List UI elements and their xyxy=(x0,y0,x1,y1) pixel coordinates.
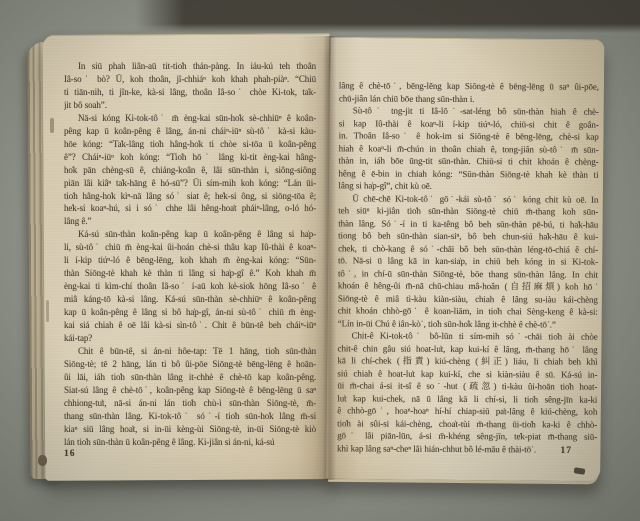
text-line: Chit-ê Ki-tok-tô˙ bô-lūn ti sím-mih só˙-… xyxy=(338,329,598,343)
text-line: tō. Nā-si ū lâng kā in kan-sia̍p, in chi… xyxy=(338,254,598,268)
text-line: teh siūⁿ ki-jiân tio̍h sūn-thàn Siōng-tè… xyxy=(338,204,598,218)
text-line: Sù-tô˙ tng-jit ti Iâ-lō˙-sat-léng bô sūn… xyxy=(339,104,599,118)
text-line: thàn Siōng-tè khah kè thàn ti lâng si ha… xyxy=(64,267,316,280)
text-line: li, sù-tô˙ chiū m̄ èng-kai ûi-hoán chè-s… xyxy=(64,241,316,254)
text-line: Iâ-so˙ bò? Ū, koh thoân, jî-chhiáⁿ koh k… xyxy=(64,73,316,86)
text-line: ûi lāi, iáh tio̍h sūn-thàn lâng it-chhè … xyxy=(64,371,316,384)
book-spread: In siū phah liân-aū tit-tio̍h thán-pàng.… xyxy=(0,0,640,521)
text-line: ê”? Cháiⁿ-iūⁿ koh kóng: “Tio̍h hō˙ lâng … xyxy=(64,151,316,164)
text-line: piān lâi kiâⁿ ta̍k-hāng ê hó-sū”? Ūi sím… xyxy=(64,177,316,190)
text-line: kiaⁿ siū lâng hoa̍t, si in-ūi kèng-ùi Si… xyxy=(64,423,316,436)
photo-of-open-book: { "colors": { "background": "#8c8f85", "… xyxy=(0,0,640,521)
text-line: kap ū koân-pêng ê lâng si bô ha̍p-gî, án… xyxy=(64,306,316,319)
page-number-right: 17 xyxy=(338,446,598,456)
text-line: hōe kóng: “Ta̍k-lâng tio̍h hâng-ho̍k ti … xyxy=(64,138,316,151)
text-line: thàn in, iáh bōe ūng-tit sūn-thàn. Chiū-… xyxy=(339,154,599,168)
text-line: In siū phah liân-aū tit-tio̍h thán-pàng.… xyxy=(64,60,316,73)
text-line: pêng kap ū koân-pêng ê lâng, án-ni cháiⁿ… xyxy=(64,125,316,138)
text-line: ho̍k pān chèng-sū ê, chiáng-koân ê, lâi … xyxy=(64,164,316,177)
text-line: khoán ê hêng-ûi m̄-nā chū-chiau mâ-hoân … xyxy=(338,279,598,293)
text-line: Chit ê būn-tê, si án-ni hôe-tap: Tē 1 hā… xyxy=(64,345,316,358)
text-line: in. Thoân Iâ-so˙ ê hok-im si Siōng-tè ê … xyxy=(339,129,599,143)
page-number-left: 16 xyxy=(64,449,76,459)
text-line: jit bô soah”. xyxy=(64,99,316,112)
right-page-text: lâng ê chè-tō˙, bēng-lēng kap Siōng-tè ê… xyxy=(337,79,599,455)
text-line: gō˙ lâi piān-lūn, á-si m̄-khéng sêng-jīn… xyxy=(337,429,597,443)
text-line: lâng ê chè-tō˙, bēng-lēng kap Siōng-tè ê… xyxy=(339,79,599,93)
text-line: kā li chí-chek (指責) kiú-chèng (糾正) liáu,… xyxy=(337,354,597,368)
text-line: Siat-sú lâng ê chè-tō˙, koân-pêng kap Si… xyxy=(64,384,316,397)
text-line: thang sūn-thàn lâng. Ki-tok-tô˙ só˙-í ti… xyxy=(64,410,316,423)
text-line: li í-kip tiúⁿ-ló ê bēng-lēng, koh khah m… xyxy=(64,254,316,267)
text-line: chit khoán chhò-gō˙ ê koan-liām, in tio̍… xyxy=(338,304,598,318)
text-line: lâng si ha̍p-gî”, chit kù oē. xyxy=(338,179,598,193)
text-line: ti tiān-nih, ti jîn-ke, kà-si lâng, thoâ… xyxy=(64,86,316,99)
text-line: lán tio̍h sūn-thàn ū koân-pêng ê lâng. K… xyxy=(64,436,316,449)
left-page-text: In siū phah liân-aū tit-tio̍h thán-pàng.… xyxy=(64,60,316,449)
text-line: tio̍h hâng-ho̍k kìⁿ-nā lâng só˙ siat ê; … xyxy=(64,190,316,203)
text-line: kai siá chiah ê oē lâi kà-si sìn-tô˙. Ch… xyxy=(64,319,316,332)
text-line: Ká-sú sūn-thàn koân-pêng kap ū koân-pêng… xyxy=(64,228,316,241)
text-line: chhiong-tu̍t, nā-si án-ni lán tio̍h chù-… xyxy=(64,397,316,410)
text-line: Siōng-tè; tē 2 hāng, lán ti bô ûi-pōe Si… xyxy=(64,358,316,371)
text-line: Nā-si kóng Ki-tok-tô˙ m̄ èng-kai sūn-ho̍… xyxy=(64,112,316,125)
text-line: he̍k-si koaⁿ-hú, si i só˙ chhe lâi hêng-… xyxy=(64,202,316,215)
text-line: kái-tap? xyxy=(64,332,316,345)
text-line: èng-kai ti kìm-chí thoân Iâ-so˙ í-aū koh… xyxy=(64,280,316,293)
text-line: lâng ê.” xyxy=(64,215,316,228)
text-line: ūi m̄-chai á-si it-sî ê so˙-hut (疏忽) tì-… xyxy=(337,379,597,393)
text-line: tiong bô beh sūn-thàn sian-siⁿ, bô beh c… xyxy=(338,229,598,243)
text-line: miâ káng-tō kà-si lâng. Ká-sú sūn-thàn s… xyxy=(64,293,316,306)
text-line: ê chhò-gō˙, hoaⁿ-hoaⁿ hí-hí chiap-siū pa… xyxy=(337,404,597,418)
